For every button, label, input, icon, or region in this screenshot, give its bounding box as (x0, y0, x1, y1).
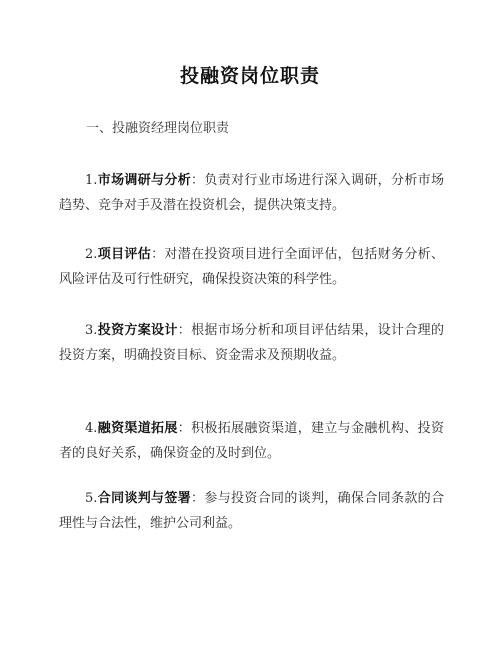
duty-item-market-research: 1.市场调研与分析：负责对行业市场进行深入调研，分析市场趋势、竞争对手及潜在投资… (59, 168, 444, 218)
item-separator: ： (191, 491, 204, 506)
item-separator: ： (178, 323, 191, 338)
duty-item-investment-plan: 3.投资方案设计：根据市场分析和项目评估结果，设计合理的投资方案，明确投资目标、… (59, 318, 444, 368)
document-page: 投融资岗位职责 一、投融资经理岗位职责 1.市场调研与分析：负责对行业市场进行深… (0, 0, 500, 647)
duty-item-financing-channels: 4.融资渠道拓展：积极拓展融资渠道，建立与金融机构、投资者的良好关系，确保资金的… (59, 416, 444, 466)
item-separator: ： (151, 247, 164, 262)
item-number: 2. (85, 247, 97, 262)
section-heading: 一、投融资经理岗位职责 (86, 117, 229, 136)
item-separator: ： (191, 173, 204, 188)
item-separator: ： (178, 421, 191, 436)
duty-item-project-evaluation: 2.项目评估：对潜在投资项目进行全面评估，包括财务分析、风险评估及可行性研究，确… (59, 242, 444, 292)
item-lead: 投资方案设计 (97, 323, 177, 338)
item-number: 5. (85, 491, 97, 506)
item-lead: 项目评估 (97, 247, 151, 262)
item-number: 1. (85, 173, 97, 188)
duty-item-contract-negotiation: 5.合同谈判与签署：参与投资合同的谈判，确保合同条款的合理性与合法性，维护公司利… (59, 486, 444, 536)
item-number: 4. (85, 421, 97, 436)
item-lead: 融资渠道拓展 (97, 421, 177, 436)
document-title: 投融资岗位职责 (0, 61, 500, 88)
item-number: 3. (85, 323, 97, 338)
item-lead: 合同谈判与签署 (97, 491, 191, 506)
item-lead: 市场调研与分析 (97, 173, 191, 188)
